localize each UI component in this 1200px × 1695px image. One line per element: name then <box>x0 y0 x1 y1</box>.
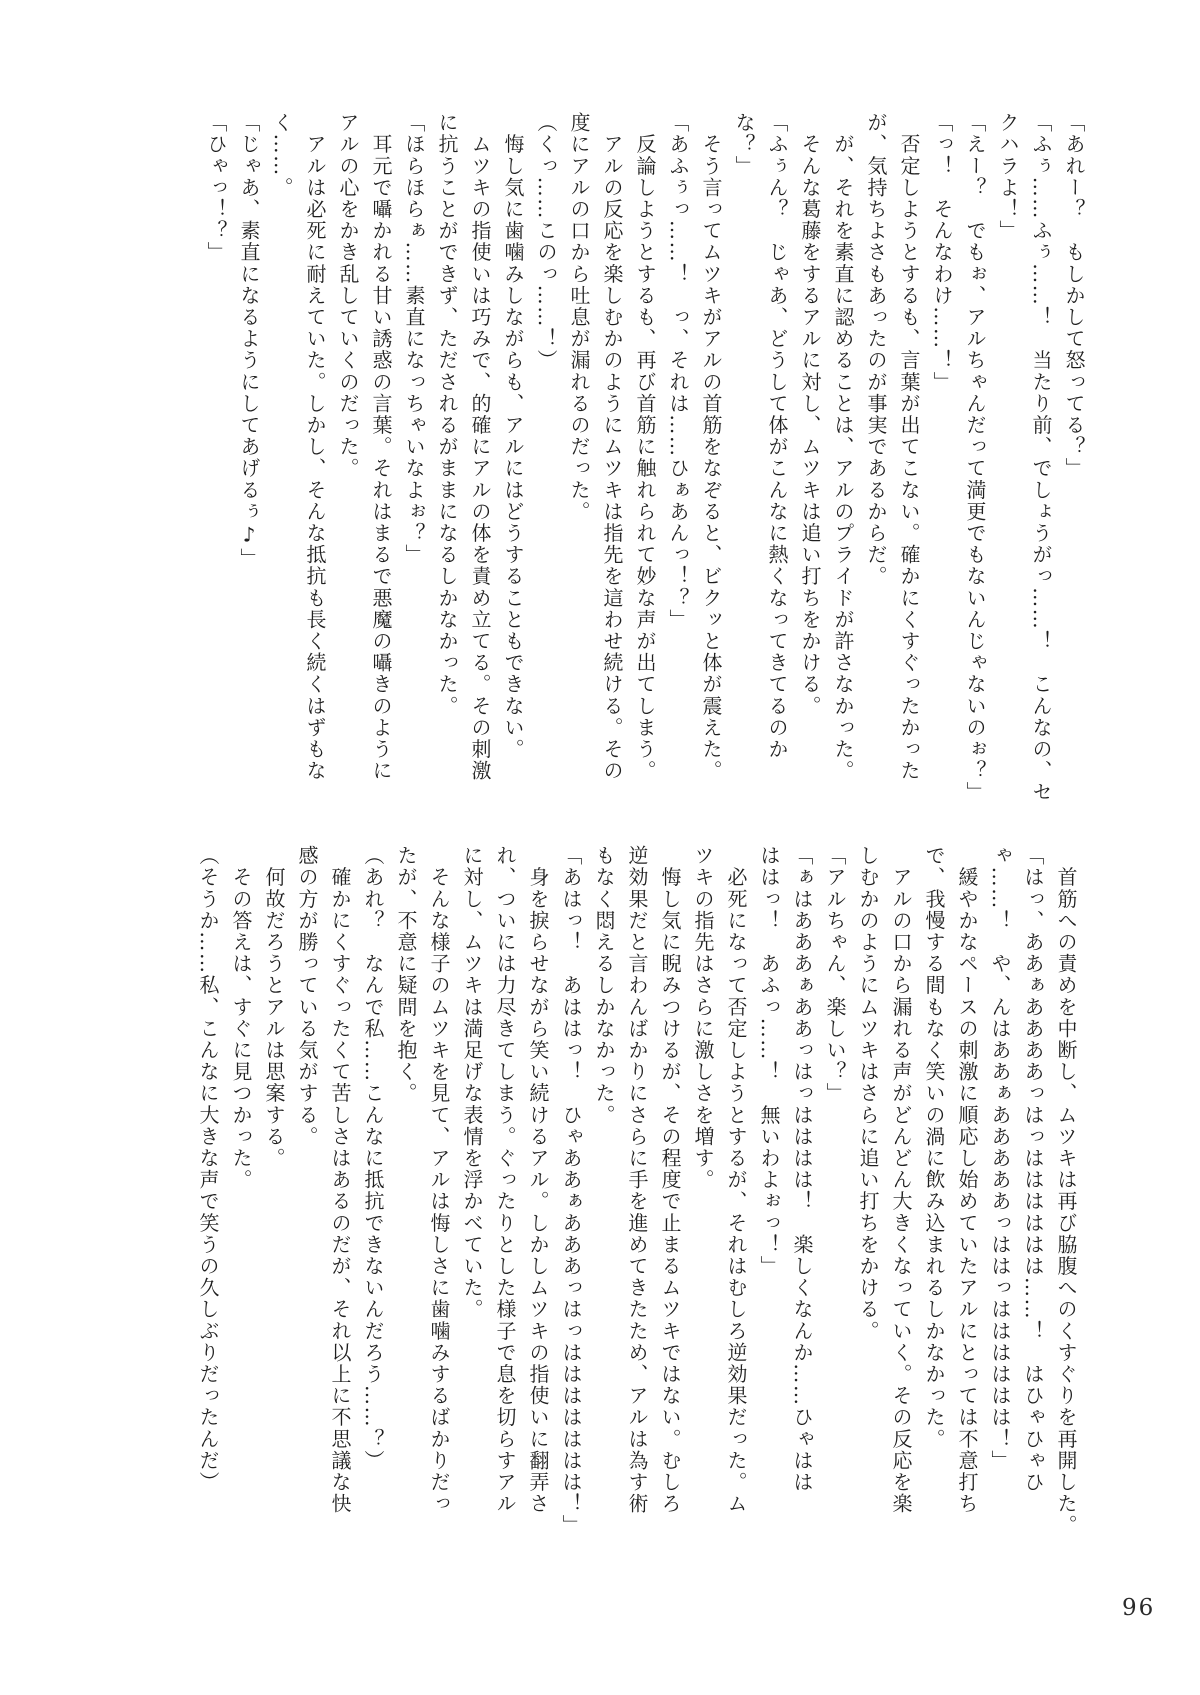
text-column: 身を捩らせながら笑い続けるアル。しかしムツキの指使いに翻弄さ <box>528 845 548 1545</box>
text-column: が、それを素直に認めることは、アルのプライドが許さなかった。 <box>833 112 853 812</box>
scanned-novel-page: 「あれー？ もしかして怒ってる？」 「ふぅ……ふぅ……！ 当たり前、でしょうがっ… <box>0 0 1200 1695</box>
text-column: に対し、ムツキは満足げな表情を浮かべていた。 <box>462 845 482 1545</box>
text-column: 悔し気に歯噛みしながらも、アルにはどうすることもできない。 <box>503 112 523 812</box>
text-column: 耳元で囁かれる甘い誘惑の言葉。それはまるで悪魔の囁きのように <box>371 112 391 812</box>
text-column: で、我慢する間もなく笑いの渦に飲み込まれるしかなかった。 <box>924 845 944 1545</box>
text-column: く……。 <box>272 112 292 812</box>
text-column: 「ぁはあああぁああっはっはははは！ 楽しくなんか……ひゃはは <box>792 845 812 1545</box>
text-column: 「あれー？ もしかして怒ってる？」 <box>1064 112 1084 812</box>
text-column: 逆効果だと言わんばかりにさらに手を進めてきたため、アルは為す術 <box>627 845 647 1545</box>
text-column: ムツキの指使いは巧みで、的確にアルの体を責め立てる。その刺激 <box>470 112 490 812</box>
text-column: アルの反応を楽しむかのようにムツキは指先を這わせ続ける。その <box>602 112 622 812</box>
text-column: 首筋への責めを中断し、ムツキは再び脇腹へのくすぐりを再開した。 <box>1056 845 1076 1545</box>
text-column: 「ふぅん？ じゃあ、どうして体がこんなに熱くなってきてるのか <box>767 112 787 812</box>
top-text-block: 「あれー？ もしかして怒ってる？」 「ふぅ……ふぅ……！ 当たり前、でしょうがっ… <box>193 112 1084 812</box>
text-column: クハラよ！」 <box>998 112 1018 812</box>
text-column: そんな葛藤をするアルに対し、ムツキは追い打ちをかける。 <box>800 112 820 812</box>
text-column: 「っ！ そんなわけ……！」 <box>932 112 952 812</box>
text-column: そう言ってムツキがアルの首筋をなぞると、ビクッと体が震えた。 <box>701 112 721 812</box>
text-column: もなく悶えるしかなかった。 <box>594 845 614 1545</box>
text-column: 「はっ、ああぁああああっはっはははははは……！ はひゃひゃひ <box>1023 845 1043 1545</box>
text-column: が、気持ちよさもあったのが事実であるからだ。 <box>866 112 886 812</box>
text-column: 「えー？ でもぉ、アルちゃんだって満更でもないんじゃないのぉ？」 <box>965 112 985 812</box>
text-column: に抗うことができず、ただされるがままになるしかなかった。 <box>437 112 457 812</box>
text-column: 「ほらほらぁ……素直になっちゃいなよぉ？」 <box>404 112 424 812</box>
text-column: ははっ！ あふっ……！ 無いわよぉっ！」 <box>759 845 779 1545</box>
text-column: 「ひゃっ！？」 <box>206 112 226 812</box>
text-column: ゃ……！ や、んはああぁあああああっははっはははははは！」 <box>990 845 1010 1545</box>
text-column: そんな様子のムツキを見て、アルは悔しさに歯噛みするばかりだっ <box>429 845 449 1545</box>
text-column: 「アルちゃん、楽しい？」 <box>825 845 845 1545</box>
text-column: 「あふぅっ……！ っ、それは……ひぁあんっ！？」 <box>668 112 688 812</box>
text-column: （くっ……このっ……！） <box>536 112 556 812</box>
text-column: 「ふぅ……ふぅ……！ 当たり前、でしょうがっ……！ こんなの、セ <box>1031 112 1051 812</box>
text-column: （そうか……私、こんなに大きな声で笑うの久しぶりだったんだ） <box>198 845 218 1545</box>
text-column: アルは必死に耐えていた。しかし、そんな抵抗も長く続くはずもな <box>305 112 325 812</box>
text-column: 「あはっ！ あははっ！ ひゃああぁあああっはっははははははは！」 <box>561 845 581 1545</box>
text-column: 悔し気に睨みつけるが、その程度で止まるムツキではない。むしろ <box>660 845 680 1545</box>
text-column: その答えは、すぐに見つかった。 <box>231 845 251 1545</box>
text-column: 反論しようとするも、再び首筋に触れられて妙な声が出てしまう。 <box>635 112 655 812</box>
text-column: たが、不意に疑問を抱く。 <box>396 845 416 1545</box>
text-column: れ、ついには力尽きてしまう。ぐったりとした様子で息を切らすアル <box>495 845 515 1545</box>
text-column: な？」 <box>734 112 754 812</box>
text-column: 必死になって否定しようとするが、それはむしろ逆効果だった。ム <box>726 845 746 1545</box>
text-column: アルの口から漏れる声がどんどん大きくなっていく。その反応を楽 <box>891 845 911 1545</box>
text-column: （あれ？ なんで私……こんなに抵抗できないんだろう……？） <box>363 845 383 1545</box>
text-column: ツキの指先はさらに激しさを増す。 <box>693 845 713 1545</box>
text-column: 否定しようとするも、言葉が出てこない。確かにくすぐったかった <box>899 112 919 812</box>
text-column: 何故だろうとアルは思案する。 <box>264 845 284 1545</box>
text-column: 度にアルの口から吐息が漏れるのだった。 <box>569 112 589 812</box>
text-column: 感の方が勝っている気がする。 <box>297 845 317 1545</box>
text-column: 「じゃあ、素直になるようにしてあげるぅ♪」 <box>239 112 259 812</box>
text-column: しむかのようにムツキはさらに追い打ちをかける。 <box>858 845 878 1545</box>
page-number: 96 <box>1122 1595 1155 1621</box>
text-column: 確かにくすぐったくて苦しさはあるのだが、それ以上に不思議な快 <box>330 845 350 1545</box>
bottom-text-block: 首筋への責めを中断し、ムツキは再び脇腹へのくすぐりを再開した。 「はっ、ああぁあ… <box>185 845 1076 1545</box>
text-column: アルの心をかき乱していくのだった。 <box>338 112 358 812</box>
text-column: 緩やかなペースの刺激に順応し始めていたアルにとっては不意打ち <box>957 845 977 1545</box>
